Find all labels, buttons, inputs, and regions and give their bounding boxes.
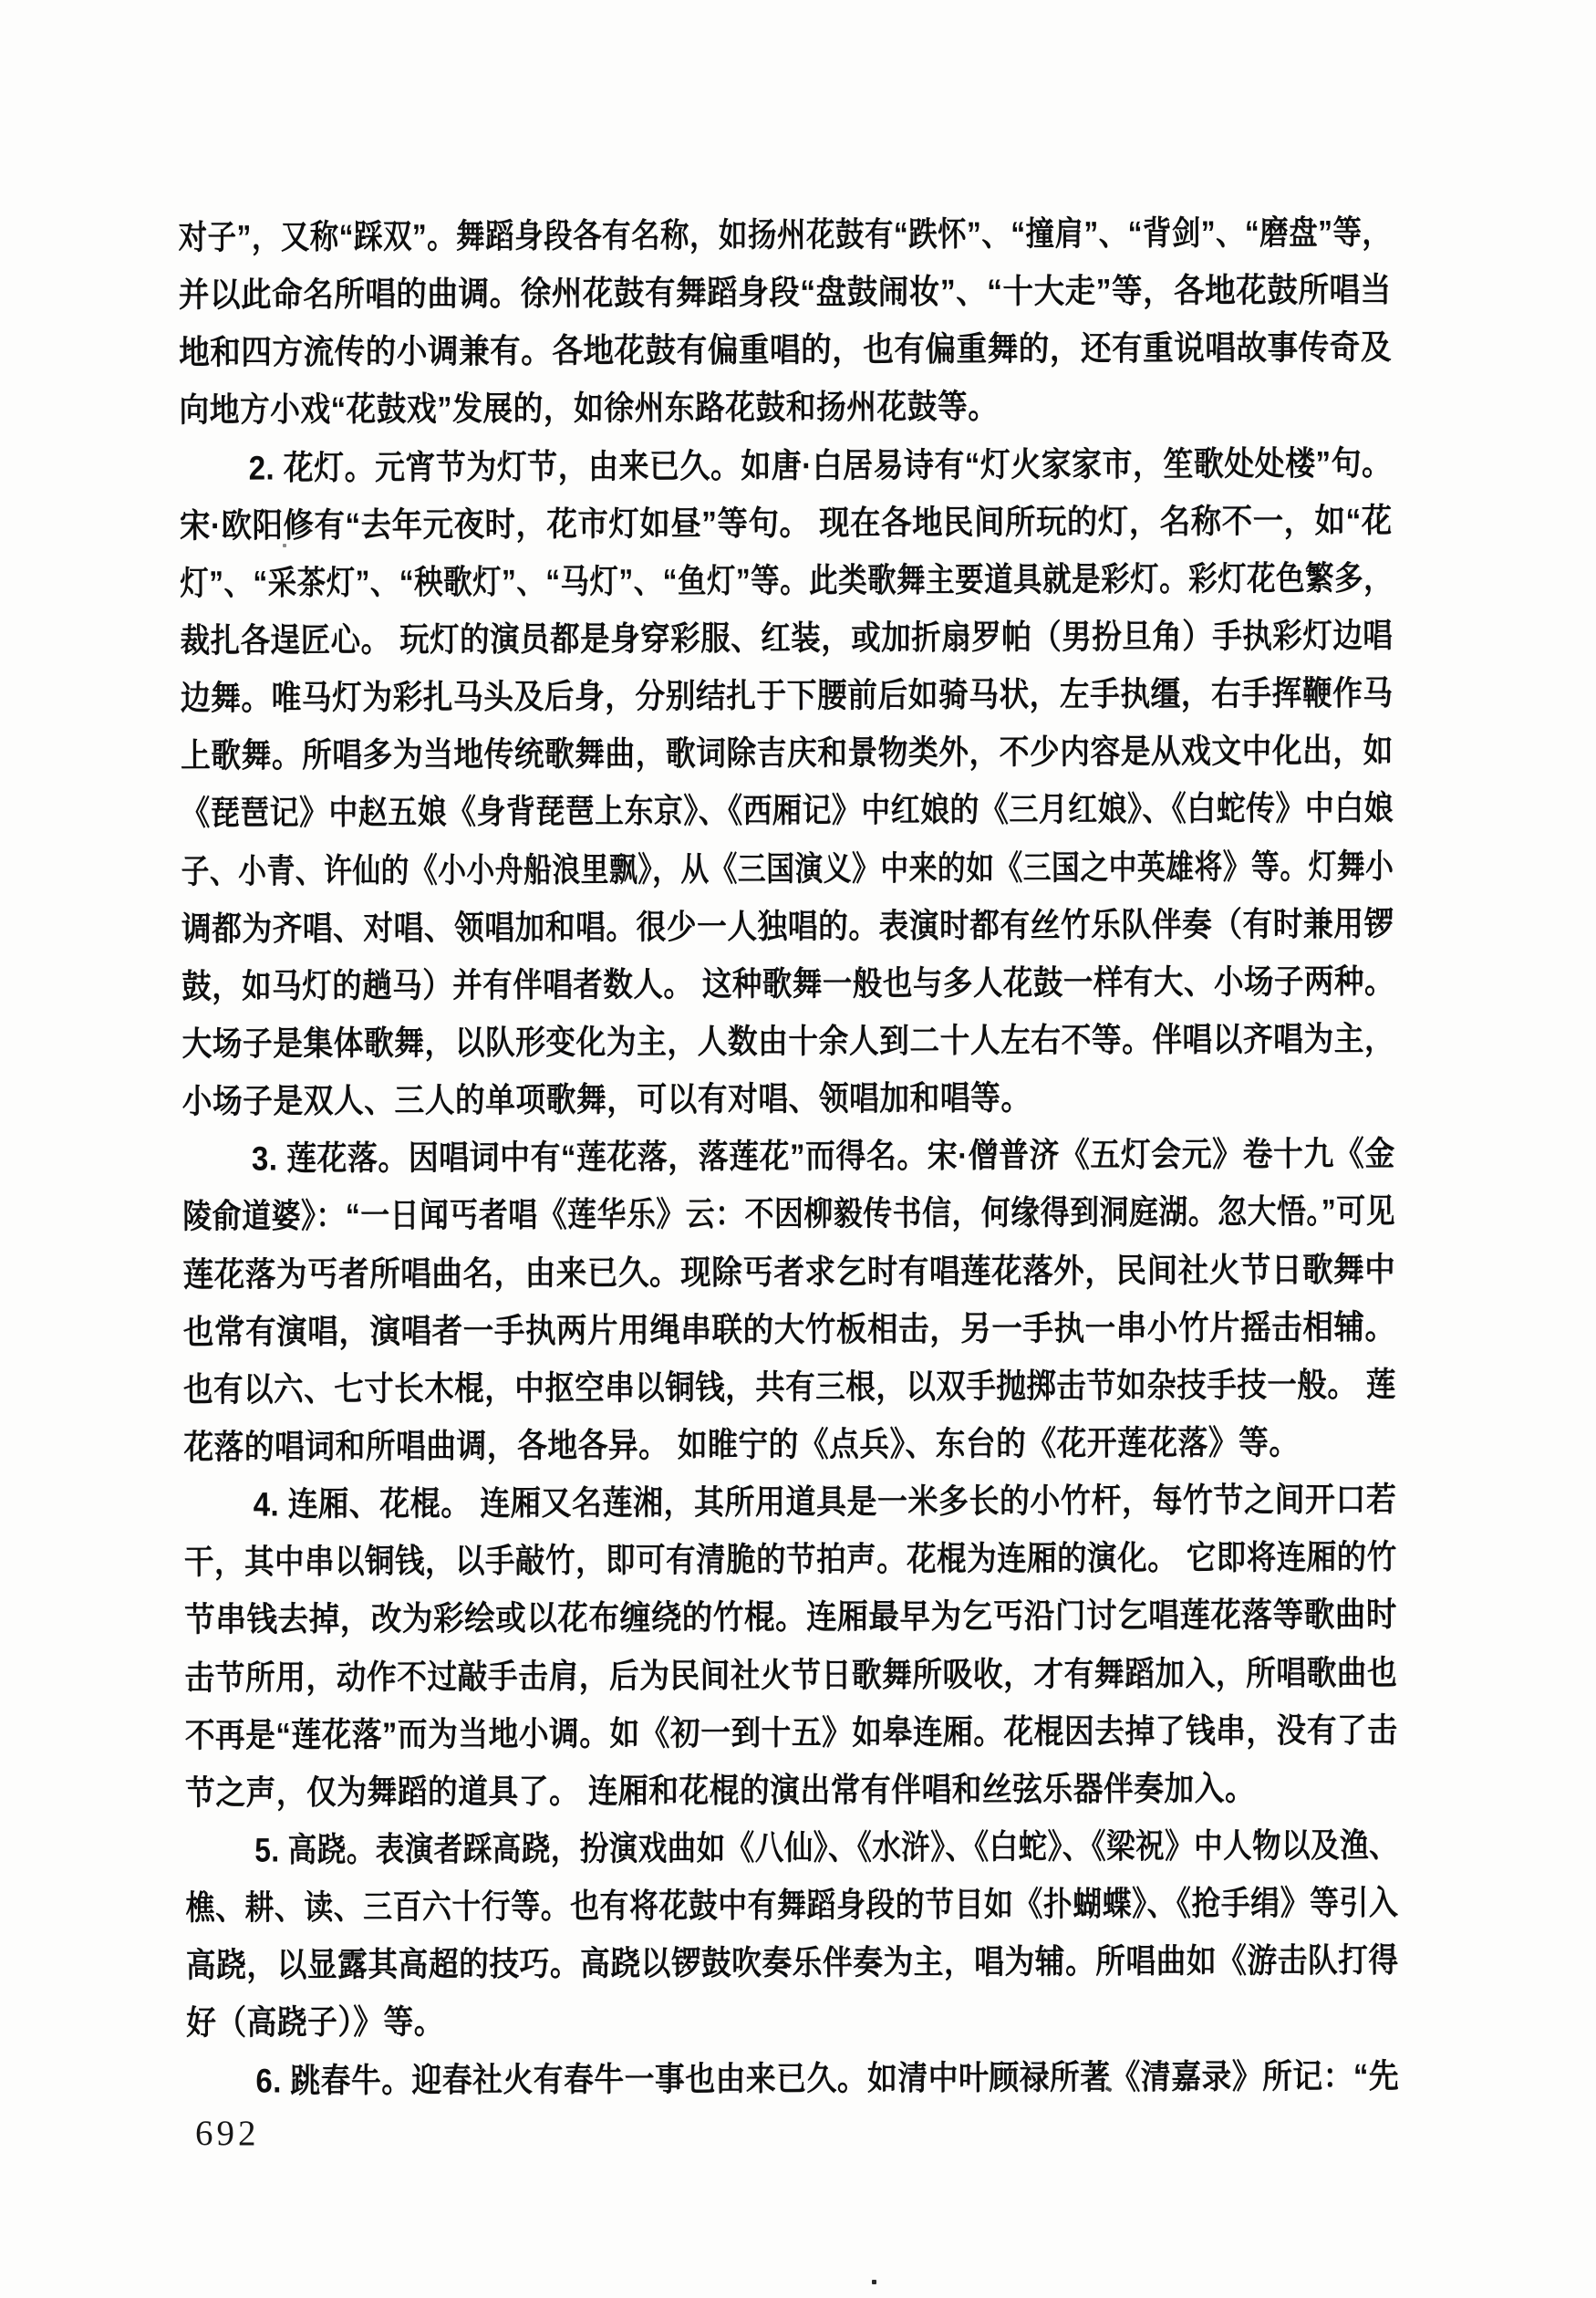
- body-line: 樵、耕、读、三百六十行等。也有将花鼓中有舞蹈身段的节目如《扑蝴蝶》、《抢手绢》等…: [185, 1874, 1398, 1937]
- body-line-text: 5. 高跷。表演者踩高跷，扮演戏曲如《八仙》、《水浒》、《白蛇》、《梁祝》中人物…: [254, 1816, 1398, 1879]
- body-line: 边舞。唯马灯为彩扎马头及后身，分别结扎于下腰前后如骑马状，左手执缰，右手挥鞭作马: [181, 664, 1394, 727]
- body-line-text: 地和四方流传的小调兼有。各地花鼓有偏重唱的，也有偏重舞的，还有重说唱故事传奇及: [179, 318, 1392, 381]
- body-line-text: 调都为齐唱、对唱、领唱加和唱。很少一人独唱的。表演时都有丝竹乐队伴奏（有时兼用锣: [181, 895, 1394, 958]
- body-line-text: 4. 连厢、花棍。 连厢又名莲湘，其所用道具是一米多长的小竹杆，每竹节之间开口若: [254, 1471, 1397, 1534]
- body-line-paragraph-start: 5. 高跷。表演者踩高跷，扮演戏曲如《八仙》、《水浒》、《白蛇》、《梁祝》中人物…: [185, 1816, 1398, 1879]
- body-line: 节串钱去掉，改为彩绘或以花布缠绕的竹棍。连厢最早为乞丐沿门讨乞唱莲花落等歌曲时: [184, 1586, 1397, 1648]
- body-line-text: 节串钱去掉，改为彩绘或以花布缠绕的竹棍。连厢最早为乞丐沿门讨乞唱莲花落等歌曲时: [184, 1586, 1397, 1648]
- body-line-text: 边舞。唯马灯为彩扎马头及后身，分别结扎于下腰前后如骑马状，左手执缰，右手挥鞭作马: [181, 664, 1394, 727]
- body-line: 好（高跷子）》等。: [186, 1989, 1399, 2052]
- body-line-text: 并以此命名所唱的曲调。徐州花鼓有舞蹈身段“盘鼓闹妆”、“十大走”等，各地花鼓所唱…: [179, 261, 1392, 324]
- body-line-text: 樵、耕、读、三百六十行等。也有将花鼓中有舞蹈身段的节目如《扑蝴蝶》、《抢手绢》等…: [185, 1874, 1398, 1937]
- body-line-text: 向地方小戏“花鼓戏”发展的，如徐州东路花鼓和扬州花鼓等。: [179, 378, 998, 439]
- body-line-text: 小场子是双人、三人的单项歌舞，可以有对唱、领唱加和唱等。: [182, 1069, 1031, 1130]
- body-line-text: 节之声，仅为舞蹈的道具了。 连厢和花棍的演出常有伴唱和丝弦乐器伴奏加入。: [185, 1760, 1255, 1822]
- body-line-text: 高跷，以显露其高超的技巧。高跷以锣鼓吹奏乐伴奏为主，唱为辅。所唱曲如《游击队打得: [186, 1931, 1399, 1994]
- body-line-text: 《琵琶记》中赵五娘《身背琵琶上东京》、《西厢记》中红娘的《三月红娘》、《白蛇传》…: [181, 780, 1394, 843]
- body-line-text: 花落的唱词和所唱曲调，各地各异。 如睢宁的《点兵》、东台的《花开莲花落》等。: [183, 1414, 1299, 1476]
- body-line-text: 6. 跳春牛。迎春社火有春牛一事也由来已久。如清中叶顾禄所著《清嘉录》所记：“先: [255, 2047, 1399, 2110]
- body-line-text: 对子”，又称“踩双”。舞蹈身段各有名称，如扬州花鼓有“跌怀”、“撞肩”、“背剑”…: [178, 203, 1391, 266]
- body-line-text: 莲花落为丐者所唱曲名，由来已久。现除丐者求乞时有唱莲花落外，民间社火节日歌舞中: [182, 1241, 1395, 1304]
- body-line: 子、小青、许仙的《小小舟船浪里飘》，从《三国演义》中来的如《三国之中英雄将》等。…: [181, 837, 1394, 900]
- body-line: 并以此命名所唱的曲调。徐州花鼓有舞蹈身段“盘鼓闹妆”、“十大走”等，各地花鼓所唱…: [179, 261, 1392, 324]
- body-line: 对子”，又称“踩双”。舞蹈身段各有名称，如扬州花鼓有“跌怀”、“撞肩”、“背剑”…: [178, 203, 1391, 266]
- body-line-text: 大场子是集体歌舞，以队形变化为主，人数由十余人到二十人左右不等。伴唱以齐唱为主，: [181, 1010, 1394, 1073]
- body-line-text: 子、小青、许仙的《小小舟船浪里飘》，从《三国演义》中来的如《三国之中英雄将》等。…: [181, 837, 1394, 900]
- body-line: 鼓，如马灯的趟马）并有伴唱者数人。 这种歌舞一般也与多人花鼓一样有大、小场子两种…: [181, 952, 1394, 1015]
- body-line-paragraph-start: 4. 连厢、花棍。 连厢又名莲湘，其所用道具是一米多长的小竹杆，每竹节之间开口若: [184, 1471, 1397, 1534]
- body-line: 也常有演唱，演唱者一手执两片用绳串联的大竹板相击，另一手执一串小竹片摇击相辅。: [183, 1298, 1396, 1361]
- body-line: 节之声，仅为舞蹈的道具了。 连厢和花棍的演出常有伴唱和丝弦乐器伴奏加入。: [185, 1759, 1398, 1822]
- body-line: 裁扎各逞匠心。 玩灯的演员都是身穿彩服、红装，或加折扇罗帕（男扮旦角）手执彩灯边…: [180, 607, 1393, 670]
- scan-speck: [283, 544, 286, 547]
- body-line: 陵俞道婆》：“一日闻丐者唱《莲华乐》云：不因柳毅传书信，何缘得到洞庭湖。忽大悟。…: [182, 1182, 1395, 1245]
- body-line: 宋·欧阳修有“去年元夜时，花市灯如昼”等句。 现在各地民间所玩的灯，名称不一，如…: [180, 492, 1393, 555]
- body-line: 干，其中串以铜钱，以手敲竹，即可有清脆的节拍声。花棍为连厢的演化。 它即将连厢的…: [184, 1528, 1397, 1591]
- scanned-page: { "page": { "number": "692", "lines": [ …: [0, 0, 1596, 2298]
- body-line: 地和四方流传的小调兼有。各地花鼓有偏重唱的，也有偏重舞的，还有重说唱故事传奇及: [179, 318, 1392, 381]
- body-line-text: 3. 莲花落。因唱词中有“莲花落，落莲花”而得名。宋·僧普济《五灯会元》卷十九《…: [252, 1125, 1395, 1188]
- body-line-text: 上歌舞。所唱多为当地传统歌舞曲，歌词除吉庆和景物类外，不少内容是从戏文中化出，如: [181, 722, 1394, 785]
- body-line: 调都为齐唱、对唱、领唱加和唱。很少一人独唱的。表演时都有丝竹乐队伴奏（有时兼用锣: [181, 895, 1394, 958]
- body-line: 大场子是集体歌舞，以队形变化为主，人数由十余人到二十人左右不等。伴唱以齐唱为主，: [181, 1010, 1394, 1073]
- body-line-text: 也有以六、七寸长木棍，中抠空串以铜钱，共有三根，以双手抛掷击节如杂技手技一般。 …: [183, 1356, 1396, 1419]
- body-line: 高跷，以显露其高超的技巧。高跷以锣鼓吹奏乐伴奏为主，唱为辅。所唱曲如《游击队打得: [186, 1931, 1399, 1994]
- body-line-paragraph-start: 6. 跳春牛。迎春社火有春牛一事也由来已久。如清中叶顾禄所著《清嘉录》所记：“先: [186, 2047, 1399, 2110]
- body-line-paragraph-start: 3. 莲花落。因唱词中有“莲花落，落莲花”而得名。宋·僧普济《五灯会元》卷十九《…: [182, 1125, 1395, 1188]
- body-line: 小场子是双人、三人的单项歌舞，可以有对唱、领唱加和唱等。: [182, 1067, 1395, 1130]
- body-line-text: 2. 花灯。元宵节为灯节，由来已久。如唐·白居易诗有“灯火家家市，笙歌处处楼”句…: [249, 434, 1393, 497]
- body-line: 莲花落为丐者所唱曲名，由来已久。现除丐者求乞时有唱莲花落外，民间社火节日歌舞中: [182, 1241, 1395, 1304]
- scan-speck: [872, 2280, 876, 2284]
- body-line: 击节所用，动作不过敲手击肩，后为民间社火节日歌舞所吸收，才有舞蹈加入，所唱歌曲也: [184, 1644, 1397, 1707]
- body-line: 上歌舞。所唱多为当地传统歌舞曲，歌词除吉庆和景物类外，不少内容是从戏文中化出，如: [181, 722, 1394, 785]
- body-line: 不再是“莲花落”而为当地小调。如《初一到十五》如皋连厢。花棍因去掉了钱串，没有了…: [185, 1701, 1398, 1764]
- body-line-text: 干，其中串以铜钱，以手敲竹，即可有清脆的节拍声。花棍为连厢的演化。 它即将连厢的…: [184, 1528, 1397, 1591]
- body-line: 花落的唱词和所唱曲调，各地各异。 如睢宁的《点兵》、东台的《花开莲花落》等。: [183, 1413, 1396, 1476]
- body-line-text: 宋·欧阳修有“去年元夜时，花市灯如昼”等句。 现在各地民间所玩的灯，名称不一，如…: [180, 492, 1393, 555]
- body-line: 《琵琶记》中赵五娘《身背琵琶上东京》、《西厢记》中红娘的《三月红娘》、《白蛇传》…: [181, 780, 1394, 843]
- body-line: 也有以六、七寸长木棍，中抠空串以铜钱，共有三根，以双手抛掷击节如杂技手技一般。 …: [183, 1356, 1396, 1419]
- page-number: 692: [195, 2113, 260, 2154]
- body-line-text: 裁扎各逞匠心。 玩灯的演员都是身穿彩服、红装，或加折扇罗帕（男扮旦角）手执彩灯边…: [180, 607, 1393, 670]
- body-line-text: 灯”、“采茶灯”、“秧歌灯”、“马灯”、“鱼灯”等。此类歌舞主要道具就是彩灯。彩…: [180, 549, 1393, 612]
- body-line: 灯”、“采茶灯”、“秧歌灯”、“马灯”、“鱼灯”等。此类歌舞主要道具就是彩灯。彩…: [180, 549, 1393, 612]
- body-line-text: 好（高跷子）》等。: [186, 1993, 444, 2052]
- body-line-text: 不再是“莲花落”而为当地小调。如《初一到十五》如皋连厢。花棍因去掉了钱串，没有了…: [185, 1701, 1398, 1764]
- body-line-text: 也常有演唱，演唱者一手执两片用绳串联的大竹板相击，另一手执一串小竹片摇击相辅。: [183, 1298, 1396, 1361]
- body-line-text: 陵俞道婆》：“一日闻丐者唱《莲华乐》云：不因柳毅传书信，何缘得到洞庭湖。忽大悟。…: [182, 1182, 1395, 1245]
- page-text-block: 对子”，又称“踩双”。舞蹈身段各有名称，如扬州花鼓有“跌怀”、“撞肩”、“背剑”…: [178, 203, 1399, 2109]
- body-line-paragraph-start: 2. 花灯。元宵节为灯节，由来已久。如唐·白居易诗有“灯火家家市，笙歌处处楼”句…: [180, 434, 1393, 497]
- body-line-text: 鼓，如马灯的趟马）并有伴唱者数人。 这种歌舞一般也与多人花鼓一样有大、小场子两种…: [181, 952, 1394, 1015]
- body-line: 向地方小戏“花鼓戏”发展的，如徐州东路花鼓和扬州花鼓等。: [179, 377, 1392, 440]
- body-line-text: 击节所用，动作不过敲手击肩，后为民间社火节日歌舞所吸收，才有舞蹈加入，所唱歌曲也: [184, 1644, 1397, 1707]
